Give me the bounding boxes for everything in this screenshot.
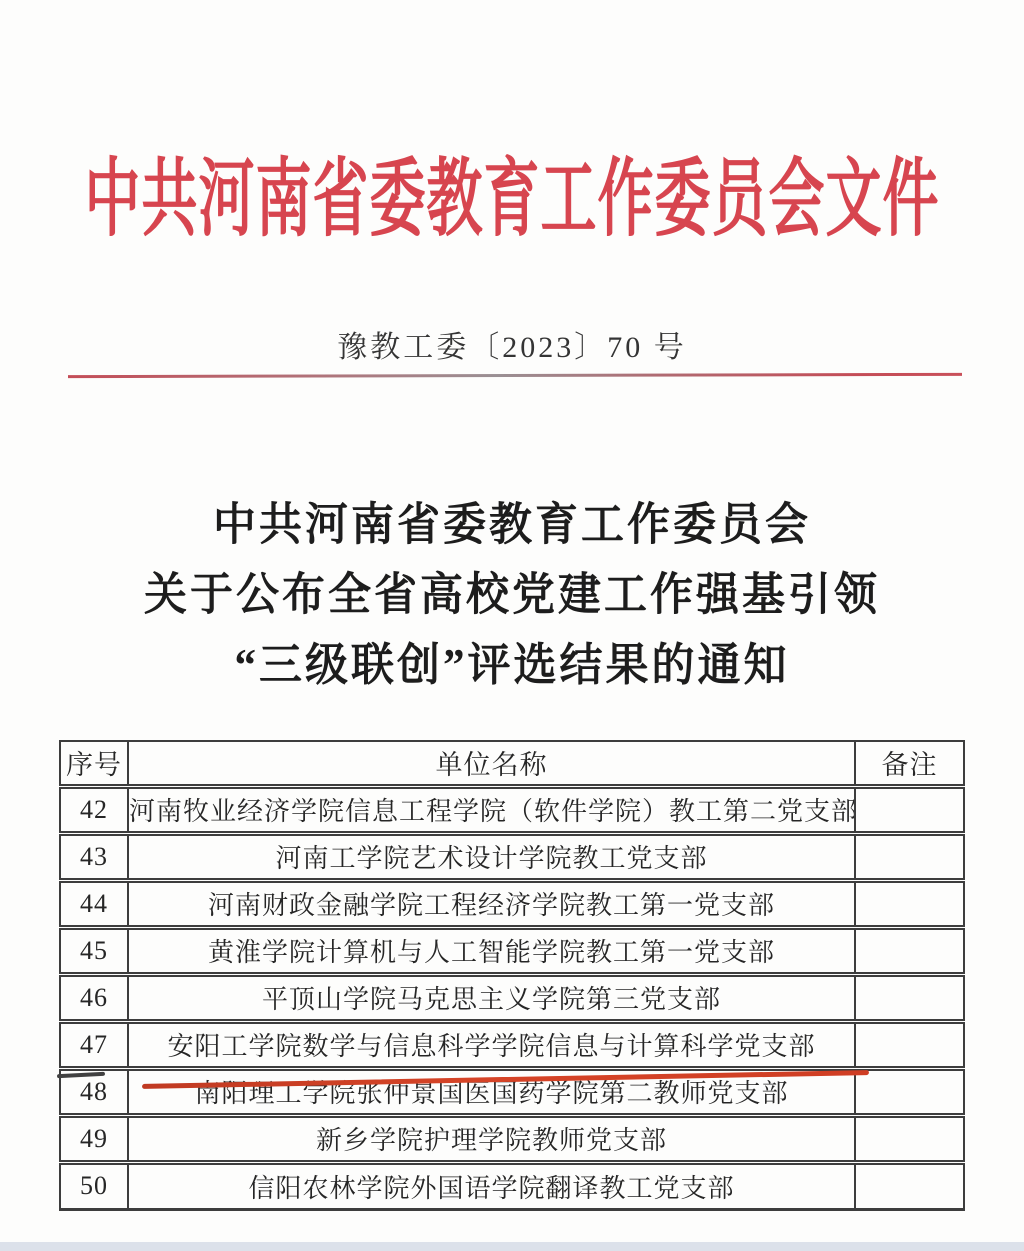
notice-title-line3: “三级联创”评选结果的通知 — [0, 631, 1024, 701]
unit-name-cell: 河南财政金融学院工程经济学院教工第一党支部 — [128, 880, 855, 927]
document-number: 豫教工委〔2023〕70 号 — [0, 322, 1024, 366]
row-index-cell: 45 — [60, 927, 128, 974]
note-cell — [855, 1068, 964, 1115]
red-divider-line — [68, 373, 962, 378]
unit-name-cell: 河南工学院艺术设计学院教工党支部 — [128, 833, 855, 880]
col-header-unit-name: 单位名称 — [128, 741, 855, 786]
note-cell — [855, 1021, 964, 1068]
unit-name-cell: 河南牧业经济学院信息工程学院（软件学院）教工第二党支部 — [128, 786, 855, 833]
unit-name-cell: 新乡学院护理学院教师党支部 — [128, 1115, 855, 1162]
unit-name-cell: 平顶山学院马克思主义学院第三党支部 — [128, 974, 855, 1021]
notice-title-line1: 中共河南省委教育工作委员会 — [0, 490, 1024, 560]
row-index-cell: 42 — [60, 786, 128, 833]
note-cell — [855, 974, 964, 1021]
row-index-cell: 47 — [60, 1021, 128, 1068]
row-index-cell: 50 — [60, 1162, 128, 1209]
table-row: 43 河南工学院艺术设计学院教工党支部 — [60, 833, 964, 880]
note-cell — [855, 1115, 964, 1162]
note-cell — [855, 786, 964, 833]
table-row: 44 河南财政金融学院工程经济学院教工第一党支部 — [60, 880, 964, 927]
table-row: 50 信阳农林学院外国语学院翻译教工党支部 — [60, 1162, 964, 1209]
row-index-cell: 49 — [60, 1115, 128, 1162]
note-cell — [855, 833, 964, 880]
document-masthead-title: 中共河南省委教育工作委员会文件 — [0, 132, 1024, 254]
scanned-document-page: 中共河南省委教育工作委员会文件 豫教工委〔2023〕70 号 中共河南省委教育工… — [0, 0, 1024, 1251]
row-index-cell: 44 — [60, 880, 128, 927]
table-row-highlighted: 47 安阳工学院数学与信息科学学院信息与计算科学党支部 — [60, 1021, 964, 1068]
table-row: 42 河南牧业经济学院信息工程学院（软件学院）教工第二党支部 — [60, 786, 964, 833]
col-header-index: 序号 — [60, 741, 128, 786]
col-header-note: 备注 — [855, 741, 964, 786]
row-index-cell: 43 — [60, 833, 128, 880]
table-row: 45 黄淮学院计算机与人工智能学院教工第一党支部 — [60, 927, 964, 974]
results-table: 序号 单位名称 备注 42 河南牧业经济学院信息工程学院（软件学院）教工第二党支… — [59, 740, 965, 1211]
note-cell — [855, 880, 964, 927]
table-header-row: 序号 单位名称 备注 — [60, 741, 964, 786]
row-index-cell: 46 — [60, 974, 128, 1021]
note-cell — [855, 927, 964, 974]
table-row: 46 平顶山学院马克思主义学院第三党支部 — [60, 974, 964, 1021]
scan-bottom-edge — [0, 1242, 1024, 1251]
unit-name-cell: 信阳农林学院外国语学院翻译教工党支部 — [128, 1162, 855, 1209]
unit-name-cell: 安阳工学院数学与信息科学学院信息与计算科学党支部 — [128, 1021, 855, 1068]
notice-title: 中共河南省委教育工作委员会 关于公布全省高校党建工作强基引领 “三级联创”评选结… — [0, 490, 1024, 701]
notice-title-line2: 关于公布全省高校党建工作强基引领 — [0, 560, 1024, 630]
unit-name-cell: 黄淮学院计算机与人工智能学院教工第一党支部 — [128, 927, 855, 974]
note-cell — [855, 1162, 964, 1209]
table-row: 49 新乡学院护理学院教师党支部 — [60, 1115, 964, 1162]
